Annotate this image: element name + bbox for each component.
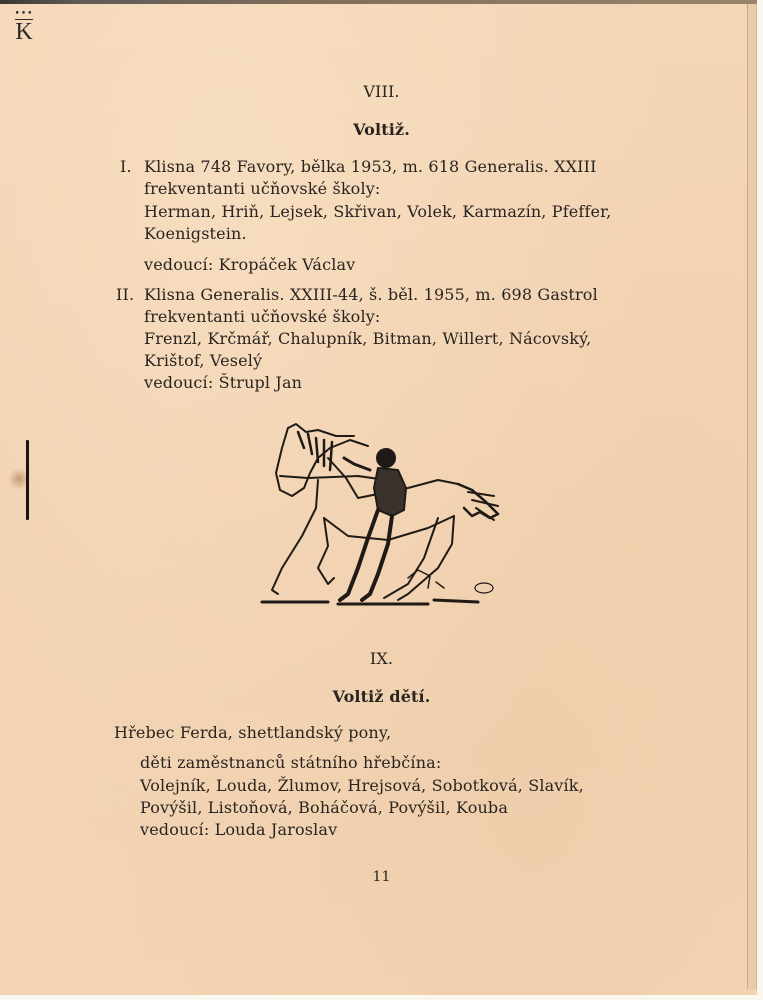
- section-ix-number: IX.: [0, 648, 763, 670]
- entry-1-horse: Klisna 748 Favory, bělka 1953, m. 618 Ge…: [144, 156, 597, 178]
- entry-2-marker: II.: [116, 284, 134, 306]
- ix-leader: vedoucí: Louda Jaroslav: [140, 819, 337, 841]
- logo-letter: K: [12, 20, 36, 44]
- ix-names-line2: Povýšil, Listoňová, Boháčová, Povýšil, K…: [140, 797, 508, 819]
- section-ix-title: Voltiž dětí.: [0, 686, 763, 708]
- entry-1-group: frekventanti učňovské školy:: [144, 178, 380, 200]
- staple-icon: [26, 440, 29, 520]
- section-viii-title: Voltiž.: [0, 119, 763, 141]
- ix-horse: Hřebec Ferda, shettlandský pony,: [114, 722, 391, 744]
- ix-names-line1: Volejník, Louda, Žlumov, Hrejsová, Sobot…: [140, 775, 584, 797]
- book-page: ••• K VIII. Voltiž. I. Klisna 748 Favory…: [0, 0, 763, 1000]
- entry-1-leader: vedoucí: Kropáček Václav: [144, 254, 355, 276]
- entry-2-names-line1: Frenzl, Krčmář, Chalupník, Bitman, Wille…: [144, 328, 591, 350]
- scan-margin-bottom: [0, 995, 763, 1000]
- entry-1-marker: I.: [120, 156, 132, 178]
- page-top-edge: [0, 0, 763, 4]
- entry-1-names-line1: Herman, Hriň, Lejsek, Skřivan, Volek, Ka…: [144, 201, 611, 223]
- section-viii-number: VIII.: [0, 81, 763, 103]
- entry-2-names-line2: Krištof, Veselý: [144, 350, 262, 372]
- crown-k-logo: ••• K: [12, 10, 36, 50]
- page-number: 11: [0, 866, 763, 888]
- entry-1-names-line2: Koenigstein.: [144, 223, 247, 245]
- crown-dots-icon: •••: [12, 10, 36, 18]
- horse-vaulter-drawing-icon: [258, 418, 508, 613]
- ix-group: děti zaměstnanců státního hřebčína:: [140, 752, 441, 774]
- entry-2-group: frekventanti učňovské školy:: [144, 306, 380, 328]
- entry-2-horse: Klisna Generalis. XXIII-44, š. běl. 1955…: [144, 284, 598, 306]
- page-stack-edge: [747, 4, 757, 989]
- horse-vaulter-illustration: [258, 418, 508, 613]
- entry-2-leader: vedoucí: Štrupl Jan: [144, 372, 302, 394]
- scan-margin-right: [757, 0, 763, 1000]
